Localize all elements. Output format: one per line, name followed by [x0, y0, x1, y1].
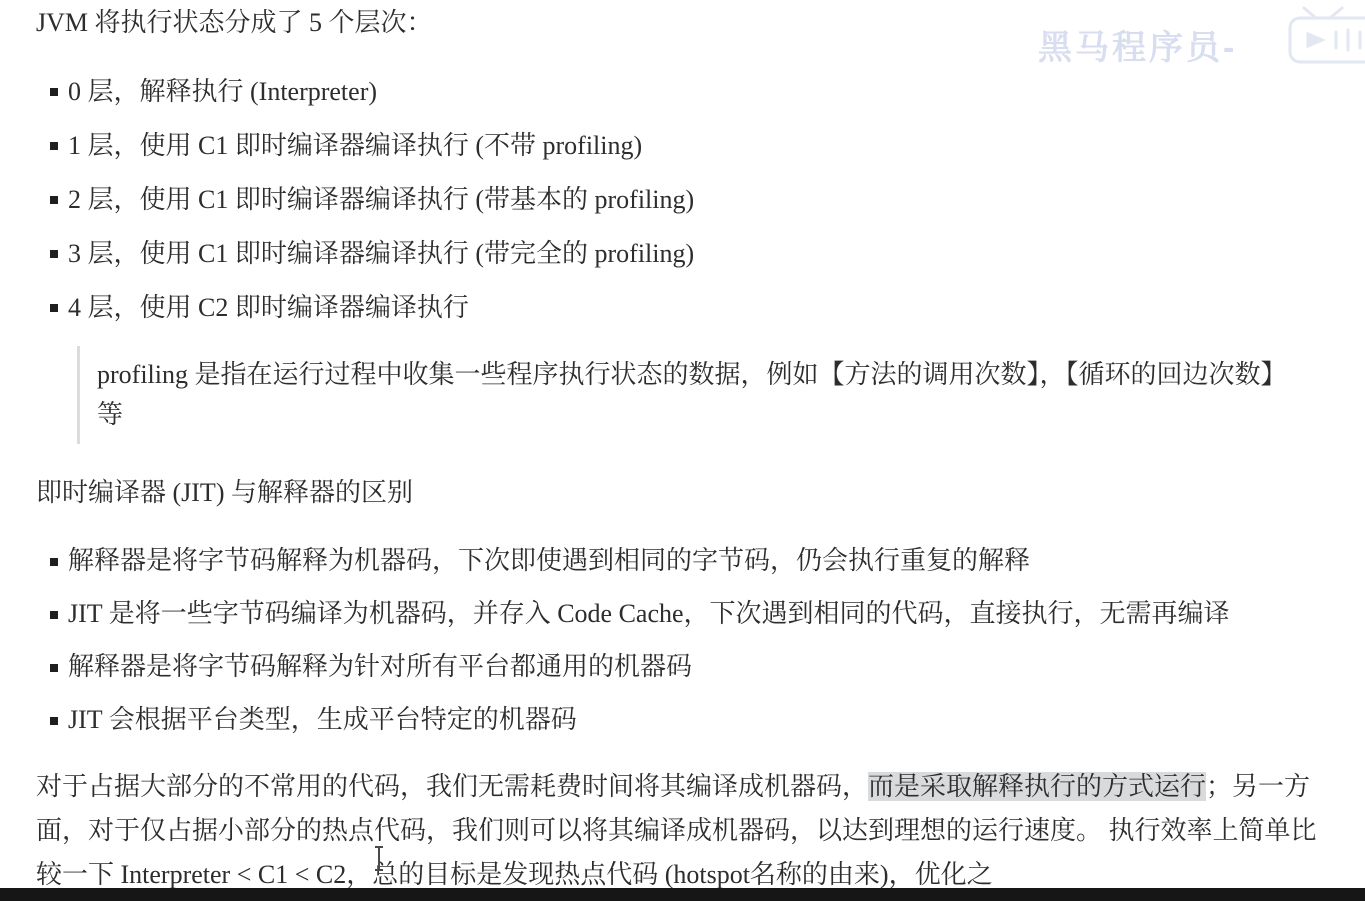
list-item-text: 3 层，使用 C1 即时编译器编译执行 (带完全的 profiling): [68, 239, 694, 268]
bullet-icon: [50, 250, 58, 258]
list-item-text: 4 层，使用 C2 即时编译器编译执行: [68, 293, 469, 322]
watermark-text: 黑马程序员-: [1038, 20, 1237, 69]
document-page: JVM 将执行状态分成了 5 个层次： 0 层，解释执行 (Interprete…: [36, 0, 1330, 897]
jvm-levels-list: 0 层，解释执行 (Interpreter) 1 层，使用 C1 即时编译器编译…: [36, 76, 1330, 324]
bullet-icon: [50, 717, 58, 725]
list-item: JIT 是将一些字节码编译为机器码，并存入 Code Cache，下次遇到相同的…: [36, 599, 1330, 629]
bullet-icon: [50, 558, 58, 566]
list-item: 解释器是将字节码解释为机器码，下次即使遇到相同的字节码，仍会执行重复的解释: [36, 546, 1330, 576]
bullet-icon: [50, 88, 58, 96]
bottom-letterbox: [0, 888, 1365, 901]
list-item: 1 层，使用 C1 即时编译器编译执行 (不带 profiling): [36, 130, 1330, 162]
text-cursor-icon: [372, 845, 386, 872]
list-item: JIT 会根据平台类型，生成平台特定的机器码: [36, 705, 1330, 735]
bullet-icon: [50, 611, 58, 619]
bullet-icon: [50, 664, 58, 672]
list-item-text: JIT 是将一些字节码编译为机器码，并存入 Code Cache，下次遇到相同的…: [68, 599, 1230, 628]
list-item: 4 层，使用 C2 即时编译器编译执行: [36, 292, 1330, 324]
list-item-text: 解释器是将字节码解释为机器码，下次即使遇到相同的字节码，仍会执行重复的解释: [68, 546, 1030, 575]
list-item: 3 层，使用 C1 即时编译器编译执行 (带完全的 profiling): [36, 238, 1330, 270]
list-item-text: 解释器是将字节码解释为针对所有平台都通用的机器码: [68, 652, 692, 681]
bilibili-logo-icon: [1284, 4, 1365, 66]
selected-text: 而是采取解释执行的方式运行: [868, 772, 1206, 801]
bullet-icon: [50, 142, 58, 150]
list-item-text: 0 层，解释执行 (Interpreter): [68, 77, 377, 106]
list-item-text: JIT 会根据平台类型，生成平台特定的机器码: [68, 705, 577, 734]
closing-paragraph: 对于占据大部分的不常用的代码，我们无需耗费时间将其编译成机器码，而是采取解释执行…: [36, 765, 1330, 897]
list-item: 0 层，解释执行 (Interpreter): [36, 76, 1330, 108]
list-item-text: 1 层，使用 C1 即时编译器编译执行 (不带 profiling): [68, 131, 642, 160]
closing-text-before: 对于占据大部分的不常用的代码，我们无需耗费时间将其编译成机器码，: [36, 772, 868, 801]
list-item: 2 层，使用 C1 即时编译器编译执行 (带基本的 profiling): [36, 184, 1330, 216]
profiling-note: profiling 是指在运行过程中收集一些程序执行状态的数据，例如【方法的调用…: [77, 346, 1310, 444]
bullet-icon: [50, 196, 58, 204]
list-item: 解释器是将字节码解释为针对所有平台都通用的机器码: [36, 652, 1330, 682]
jit-vs-interpreter-heading: 即时编译器 (JIT) 与解释器的区别: [36, 476, 1330, 510]
bullet-icon: [50, 304, 58, 312]
list-item-text: 2 层，使用 C1 即时编译器编译执行 (带基本的 profiling): [68, 185, 694, 214]
comparison-list: 解释器是将字节码解释为机器码，下次即使遇到相同的字节码，仍会执行重复的解释 JI…: [36, 546, 1330, 735]
